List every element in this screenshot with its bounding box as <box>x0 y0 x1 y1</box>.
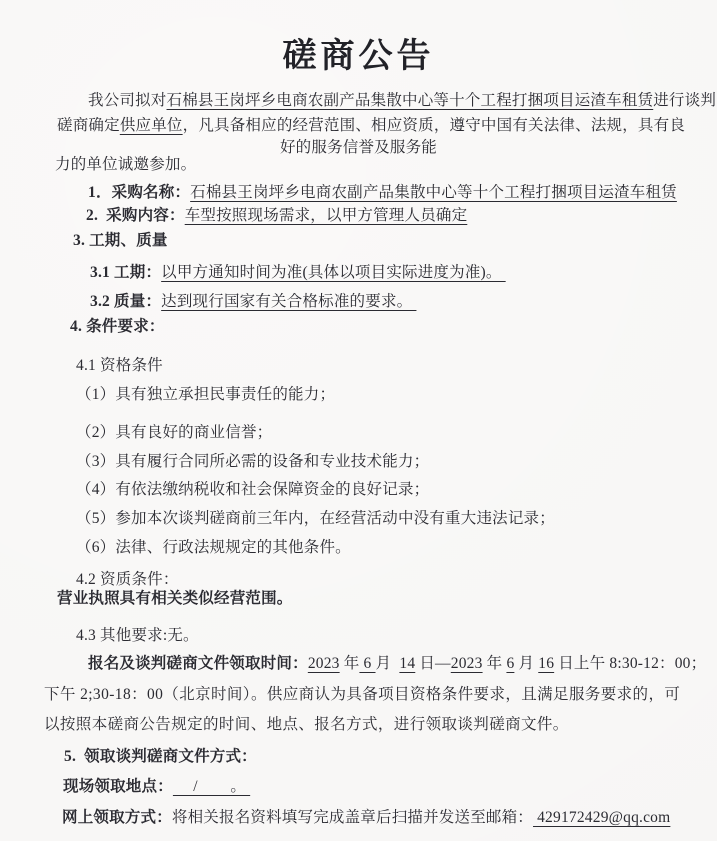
registration-time-line-1: 报名及谈判磋商文件领取时间：2023 年 6 月 14 日—2023 年 6 月… <box>88 654 706 674</box>
onsite-pickup-label: 现场领取地点： <box>63 778 173 795</box>
reg-date-day-2: 16 <box>538 655 554 672</box>
item-3-2-value: 达到现行国家有关合格标准的要求。 <box>161 293 416 310</box>
reg-date-month-1: 6 <box>359 655 375 672</box>
registration-time-line-2: 下午 2;30-18：00（北京时间）。供应商认为具备项目资格条件要求，且满足服… <box>44 685 680 705</box>
item-3-2-quality: 3.2 质量：达到现行国家有关合格标准的要求。 <box>90 292 416 312</box>
intro-line-2-post: ，凡具备相应的经营范围、相应资质，遵守中国有关法律、法规，具有良 <box>183 117 685 134</box>
condition-6: （6）法律、行政法规规定的其他条件。 <box>76 538 351 558</box>
intro-line-1-underlined: 石棉县王岗坪乡电商农副产品集散中心等十个工程打捆项目运渣车租赁 <box>167 92 654 109</box>
intro-line-1-pre: 我公司拟对 <box>88 92 167 109</box>
intro-line-2: 磋商确定供应单位，凡具备相应的经营范围、相应资质，遵守中国有关法律、法规，具有良 <box>57 116 685 136</box>
online-pickup-email: 429172429@qq.com <box>533 809 670 826</box>
item-3-1-label: 3.1 工期： <box>90 264 161 281</box>
section-4-2-heading: 4.2 资质条件： <box>76 570 179 590</box>
reg-date-sep-1: 年 <box>340 655 360 672</box>
reg-date-sep-5: 月 <box>514 655 538 672</box>
online-pickup-line: 网上领取方式：将相关报名资料填写完成盖章后扫描并发送至邮箱： 429172429… <box>62 808 670 828</box>
item-3-2-label: 3.2 质量： <box>90 293 161 310</box>
section-5-heading: 5. 领取谈判磋商文件方式： <box>64 747 257 767</box>
reg-date-sep-2: 月 <box>376 655 400 672</box>
condition-4: （4）有依法缴纳税收和社会保障资金的良好记录； <box>76 480 429 500</box>
section-4-3-line: 4.3 其他要求:无。 <box>76 626 199 646</box>
reg-date-sep-3: 日— <box>415 655 450 672</box>
item-1-value: 石棉县王岗坪乡电商农副产品集散中心等十个工程打捆项目运渣车租赁 <box>190 184 677 201</box>
reg-date-year-2: 2023 <box>451 655 483 672</box>
reg-date-sep-4: 年 <box>483 655 507 672</box>
item-3-1-duration: 3.1 工期：以甲方通知时间为准(具体以项目实际进度为准)。 <box>90 263 506 283</box>
item-1-label: 1．采购名称： <box>88 184 190 201</box>
online-pickup-label: 网上领取方式： <box>62 809 172 826</box>
section-4-1-heading: 4.1 资格条件 <box>76 356 163 376</box>
section-4-2-value: 营业执照具有相关类似经营范围。 <box>57 589 293 609</box>
condition-3: （3）具有履行合同所必需的设备和专业技术能力； <box>76 452 429 472</box>
doc-title: 磋商公告 <box>0 28 717 77</box>
item-2-value: 车型按照现场需求，以甲方管理人员确定 <box>185 207 468 224</box>
registration-time-line-3: 以按照本磋商公告规定的时间、地点、报名方式，进行领取谈判磋商文件。 <box>44 715 569 735</box>
intro-line-2-pre: 磋商确定 <box>57 117 120 134</box>
condition-2: （2）具有良好的商业信誉； <box>76 423 272 443</box>
registration-time-label: 报名及谈判磋商文件领取时间： <box>88 655 308 672</box>
scanned-announcement-page: 磋商公告 我公司拟对石棉县王岗坪乡电商农副产品集散中心等十个工程打捆项目运渣车租… <box>0 0 717 841</box>
section-3-heading: 3. 工期、质量 <box>73 231 168 251</box>
reg-date-tail: 日上午 8:30-12：00； <box>554 655 706 672</box>
item-1-purchase-name: 1．采购名称：石棉县王岗坪乡电商农副产品集散中心等十个工程打捆项目运渣车租赁 <box>88 183 677 203</box>
reg-date-year-1: 2023 <box>308 655 340 672</box>
onsite-pickup-line: 现场领取地点： / 。 <box>63 777 250 797</box>
item-2-purchase-content: 2. 采购内容：车型按照现场需求，以甲方管理人员确定 <box>86 206 467 226</box>
online-pickup-text: 将相关报名资料填写完成盖章后扫描并发送至邮箱： <box>172 809 533 826</box>
condition-5: （5）参加本次谈判磋商前三年内，在经营活动中没有重大违法记录； <box>76 509 555 529</box>
section-4-heading: 4. 条件要求： <box>70 317 165 337</box>
intro-line-1: 我公司拟对石棉县王岗坪乡电商农副产品集散中心等十个工程打捆项目运渣车租赁进行谈判 <box>88 91 716 111</box>
intro-line-4: 力的单位诚邀参加。 <box>55 155 196 175</box>
item-2-label: 2. 采购内容： <box>86 207 185 224</box>
intro-line-2-underlined: 供应单位 <box>120 117 183 134</box>
item-3-1-value: 以甲方通知时间为准(具体以项目实际进度为准)。 <box>161 264 506 281</box>
condition-1: （1）具有独立承担民事责任的能力； <box>76 385 335 405</box>
reg-date-day-1: 14 <box>399 655 415 672</box>
intro-line-1-post: 进行谈判 <box>653 92 716 109</box>
onsite-pickup-blank: / 。 <box>173 778 250 795</box>
